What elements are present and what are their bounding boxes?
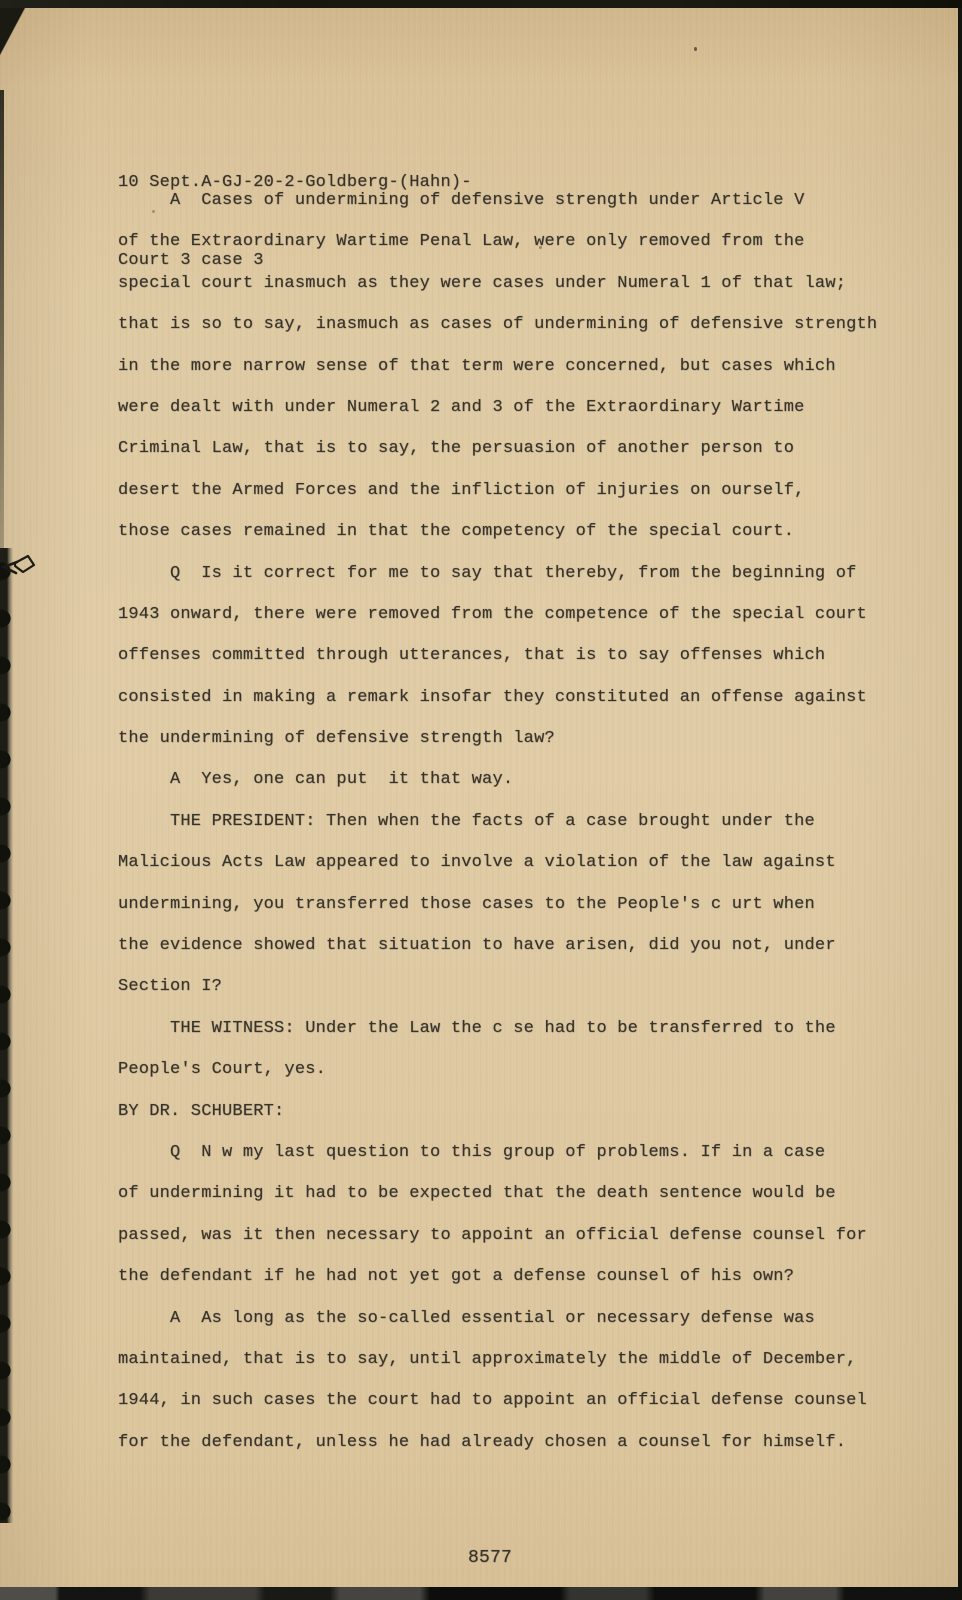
scan-corner-top-left	[0, 8, 30, 72]
typed-line: of undermining it had to be expected tha…	[118, 1184, 918, 1225]
typed-line: Q Is it correct for me to say that there…	[118, 564, 918, 605]
typed-line: of the Extraordinary Wartime Penal Law, …	[118, 232, 918, 273]
typed-line: BY DR. SCHUBERT:	[118, 1102, 918, 1143]
typed-line: Malicious Acts Law appeared to involve a…	[118, 853, 918, 894]
typed-line: A Cases of undermining of defensive stre…	[118, 191, 918, 232]
typed-line: People's Court, yes.	[118, 1060, 918, 1101]
typed-line: the defendant if he had not yet got a de…	[118, 1267, 918, 1308]
typed-line: A Yes, one can put it that way.	[118, 770, 918, 811]
typed-line: those cases remained in that the compete…	[118, 522, 918, 563]
typed-line: desert the Armed Forces and the inflicti…	[118, 481, 918, 522]
page-number: 8577	[468, 1548, 512, 1568]
scanned-transcript-page: 10 Sept.A-GJ-20-2-Goldberg-(Hahn)- Court…	[0, 0, 962, 1600]
ink-speck	[694, 47, 697, 51]
typed-line: 1943 onward, there were removed from the…	[118, 605, 918, 646]
typed-line: Section I?	[118, 977, 918, 1018]
typed-line: maintained, that is to say, until approx…	[118, 1350, 918, 1391]
scan-edge-bottom	[0, 1587, 962, 1600]
transcript-body: A Cases of undermining of defensive stre…	[118, 191, 918, 1474]
typed-line: that is so to say, inasmuch as cases of …	[118, 315, 918, 356]
typed-line: consisted in making a remark insofar the…	[118, 688, 918, 729]
typed-line: the undermining of defensive strength la…	[118, 729, 918, 770]
comb-binding-edge	[0, 548, 17, 1523]
typed-line: in the more narrow sense of that term we…	[118, 357, 918, 398]
typed-line: undermining, you transferred those cases…	[118, 895, 918, 936]
typed-line: the evidence showed that situation to ha…	[118, 936, 918, 977]
typed-line: offenses committed through utterances, t…	[118, 646, 918, 687]
typed-line: Q N w my last question to this group of …	[118, 1143, 918, 1184]
typed-line: THE WITNESS: Under the Law the c se had …	[118, 1019, 918, 1060]
scan-edge-top	[0, 0, 962, 8]
typed-line: A As long as the so-called essential or …	[118, 1309, 918, 1350]
handwritten-check-mark	[1, 550, 37, 584]
typed-line: Criminal Law, that is to say, the persua…	[118, 439, 918, 480]
typed-line: special court inasmuch as they were case…	[118, 274, 918, 315]
typed-line: THE PRESIDENT: Then when the facts of a …	[118, 812, 918, 853]
typed-line: for the defendant, unless he had already…	[118, 1433, 918, 1474]
binding-shadow-upper	[0, 90, 4, 550]
typed-line: 1944, in such cases the court had to app…	[118, 1391, 918, 1432]
scan-edge-right	[958, 40, 962, 1600]
typed-line: were dealt with under Numeral 2 and 3 of…	[118, 398, 918, 439]
typed-line: passed, was it then necessary to appoint…	[118, 1226, 918, 1267]
